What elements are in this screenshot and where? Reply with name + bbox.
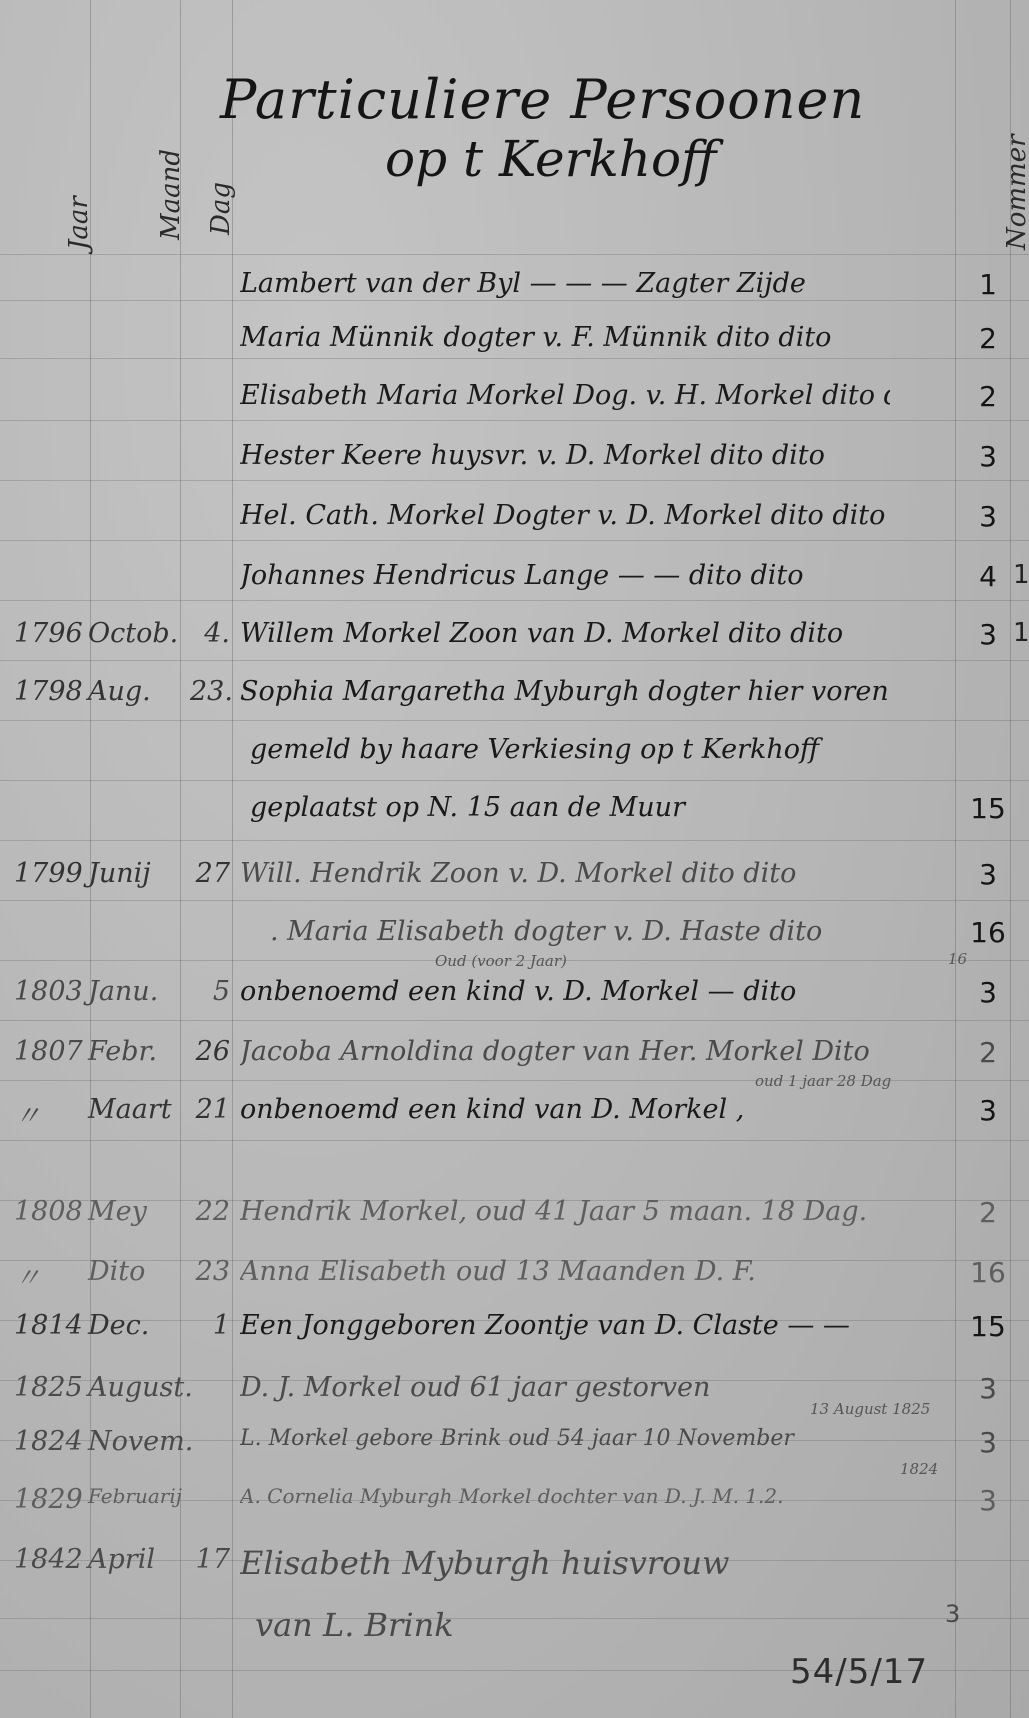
ledger-row: 1814 Dec. 1 Een Jonggeboren Zoontje van … [0,1310,1029,1354]
entry-year: 1798 [14,676,84,707]
entry-day: 21 [190,1094,230,1125]
entry-year: 〃 [14,1094,84,1133]
ledger-row: 1799 Junij 27 Will. Hendrik Zoon v. D. M… [0,858,1029,902]
entry-number: 16 [968,916,1008,949]
ledger-row: 1798 Aug. 23. Sophia Margaretha Myburgh … [0,676,1029,720]
grid-line [0,780,1029,781]
entry-month: Novem. [88,1426,198,1457]
entry-name: Jacoba Arnoldina dogter van Her. Morkel … [240,1036,890,1067]
entry-year: 1799 [14,858,84,889]
entry-year: 〃 [14,1256,84,1295]
entry-name: onbenoemd een kind v. D. Morkel — dito [240,976,890,1007]
column-header-year: Jaar [64,196,94,250]
entry-number: 3 [968,1484,1008,1517]
entry-month: Februarij [88,1484,198,1508]
final-total: 54/5/17 [790,1652,928,1692]
entry-year: 1825 [14,1372,84,1403]
entry-number: 2 [968,322,1008,355]
column-header-number: Nommer [1002,134,1029,250]
ledger-row: Hester Keere huysvr. v. D. Morkel dito d… [0,440,1029,484]
ledger-row: 〃 Maart 21 onbenoemd een kind van D. Mor… [0,1094,1029,1138]
entry-day: 5 [190,976,230,1007]
grid-line [0,840,1029,841]
entry-number: 3 [968,618,1008,651]
column-header-month: Maand [156,149,186,240]
ledger-row: 1803 Janu. 5 onbenoemd een kind v. D. Mo… [0,976,1029,1020]
entry-day: 26 [190,1036,230,1067]
entry-name: Elisabeth Maria Morkel Dog. v. H. Morkel… [240,380,890,411]
entry-month: Octob. [88,618,198,649]
entry-name: Willem Morkel Zoon van D. Morkel dito di… [240,618,890,649]
entry-extra-mark: 1 [1013,560,1029,590]
entry-name: Will. Hendrik Zoon v. D. Morkel dito dit… [240,858,890,889]
page-title: Particuliere Persoonen [220,68,940,131]
entry-number: 4 [968,560,1008,593]
entry-day: 27 [190,858,230,889]
entry-month: Febr. [88,1036,198,1067]
entry-number: 15 [968,792,1008,825]
grid-line [0,1020,1029,1021]
entry-year: 1824 [14,1426,84,1457]
annotation-age: Oud (voor 2 Jaar) [435,952,567,970]
entry-number: 1 [968,268,1008,301]
entry-name: . Maria Elisabeth dogter v. D. Haste dit… [270,916,920,947]
entry-name: Sophia Margaretha Myburgh dogter hier vo… [240,676,890,707]
entry-year: 1808 [14,1196,84,1227]
entry-name-continued: gemeld by haare Verkiesing op t Kerkhoff [250,734,900,765]
entry-extra-mark: 1 [1013,618,1029,648]
ledger-row: 1808 Mey 22 Hendrik Morkel, oud 41 Jaar … [0,1196,1029,1240]
entry-name: Hester Keere huysvr. v. D. Morkel dito d… [240,440,890,471]
column-header-day: Dag [206,182,236,235]
entry-month: Dito [88,1256,198,1287]
entry-month: April [88,1544,198,1575]
entry-year: 1807 [14,1036,84,1067]
entry-month: Junij [88,858,198,889]
entry-year: 1842 [14,1544,84,1575]
entry-number: 3 [968,976,1008,1009]
entry-day: 4. [190,618,230,649]
entry-name: Hendrik Morkel, oud 41 Jaar 5 maan. 18 D… [240,1196,890,1227]
entry-month: August. [88,1372,198,1403]
entry-year: 1814 [14,1310,84,1341]
entry-name: Anna Elisabeth oud 13 Maanden D. F. [240,1256,890,1287]
entry-number: 2 [968,1036,1008,1069]
entry-name: Hel. Cath. Morkel Dogter v. D. Morkel di… [240,500,890,531]
entry-number: 3 [968,500,1008,533]
entry-name: A. Cornelia Myburgh Morkel dochter van D… [240,1484,890,1508]
entry-name-continued: geplaatst op N. 15 aan de Muur [250,792,900,823]
annotation-age: oud 1 jaar 28 Dag [755,1072,891,1090]
grid-line [0,254,1029,255]
entry-number: 3 [968,1094,1008,1127]
entry-month: Mey [88,1196,198,1227]
entry-year: 1829 [14,1484,84,1515]
ledger-row: van L. Brink [0,1606,1029,1650]
entry-month: Dec. [88,1310,198,1341]
entry-day: 22 [190,1196,230,1227]
entry-number: 3 [968,858,1008,891]
entry-name: Lambert van der Byl — — — Zagter Zijde [240,268,890,299]
final-number: 3 [945,1600,960,1628]
entry-month: Maart [88,1094,198,1125]
entry-name: Elisabeth Myburgh huisvrouw [240,1544,890,1582]
entry-name: D. J. Morkel oud 61 jaar gestorven [240,1372,890,1403]
entry-name-continued: van L. Brink [255,1606,905,1644]
ledger-row: Elisabeth Maria Morkel Dog. v. H. Morkel… [0,380,1029,424]
entry-month: Aug. [88,676,198,707]
entry-year: 1796 [14,618,84,649]
annotation-date: 13 August 1825 [810,1400,930,1418]
entry-number: 16 [968,1256,1008,1289]
entry-number: 3 [968,1372,1008,1405]
ledger-row: Maria Münnik dogter v. F. Münnik dito di… [0,322,1029,366]
ledger-row: 1824 Novem. L. Morkel gebore Brink oud 5… [0,1426,1029,1470]
annotation-sixteen: 16 [948,950,967,968]
entry-name: L. Morkel gebore Brink oud 54 jaar 10 No… [240,1426,890,1451]
entry-day: 23. [190,676,230,707]
ledger-row: 〃 Dito 23 Anna Elisabeth oud 13 Maanden … [0,1256,1029,1300]
entry-number: 15 [968,1310,1008,1343]
entry-number: 3 [968,440,1008,473]
ledger-row: 1796 Octob. 4. Willem Morkel Zoon van D.… [0,618,1029,662]
ledger-row: Johannes Hendricus Lange — — dito dito 4… [0,560,1029,604]
entry-year: 1803 [14,976,84,1007]
entry-name: Maria Münnik dogter v. F. Münnik dito di… [240,322,890,353]
grid-line [0,1140,1029,1141]
page-subtitle: op t Kerkhoff [385,130,905,188]
entry-month: Janu. [88,976,198,1007]
entry-number: 2 [968,380,1008,413]
entry-day: 1 [190,1310,230,1341]
entry-number: 3 [968,1426,1008,1459]
entry-name: onbenoemd een kind van D. Morkel , [240,1094,890,1125]
ledger-row: gemeld by haare Verkiesing op t Kerkhoff [0,734,1029,778]
grid-line [0,720,1029,721]
entry-name: Een Jonggeboren Zoontje van D. Claste — … [240,1310,890,1341]
annotation-date: 1824 [900,1460,938,1478]
entry-day: 17 [190,1544,230,1575]
ledger-row: 1829 Februarij A. Cornelia Myburgh Morke… [0,1484,1029,1528]
ledger-page: Jaar Maand Dag Nommer Particuliere Perso… [0,0,1029,1718]
ledger-row: Hel. Cath. Morkel Dogter v. D. Morkel di… [0,500,1029,544]
ledger-row: geplaatst op N. 15 aan de Muur 15 [0,792,1029,836]
entry-name: Johannes Hendricus Lange — — dito dito [240,560,890,591]
ledger-row: 1842 April 17 Elisabeth Myburgh huisvrou… [0,1544,1029,1588]
ledger-row: Lambert van der Byl — — — Zagter Zijde 1 [0,268,1029,312]
entry-number: 2 [968,1196,1008,1229]
entry-day: 23 [190,1256,230,1287]
